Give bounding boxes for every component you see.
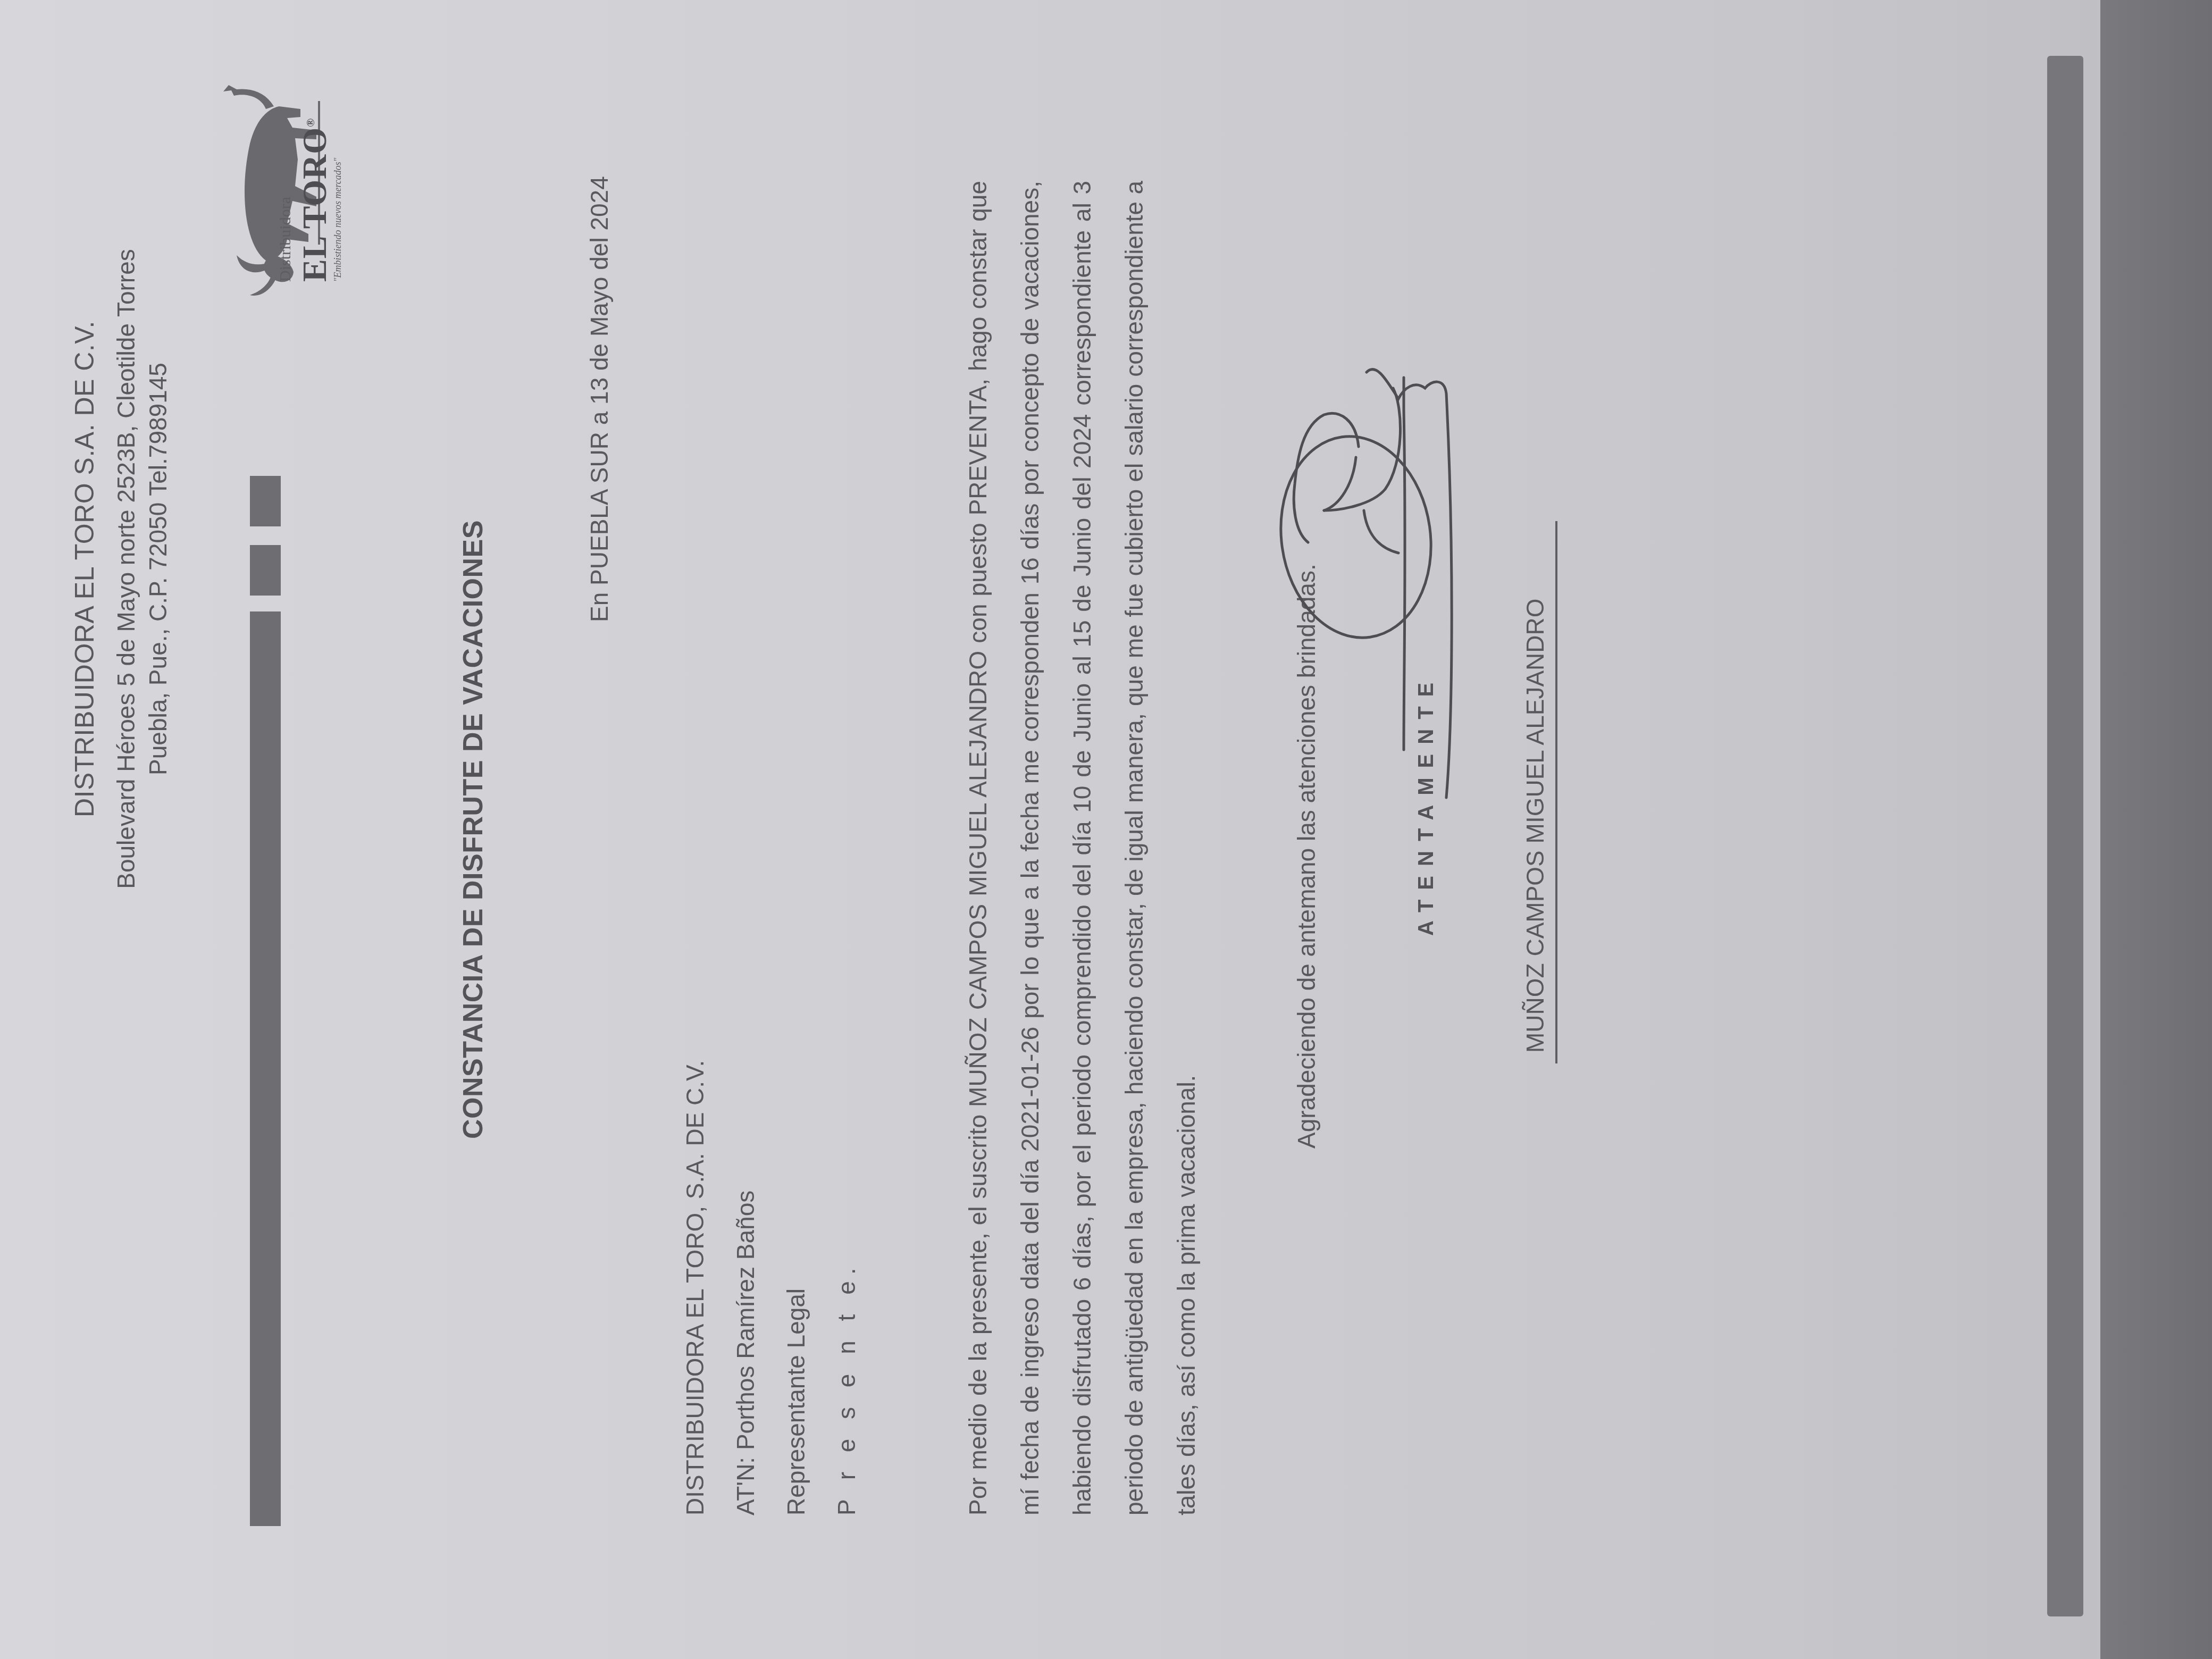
recipient-role: Representante Legal xyxy=(782,1288,810,1515)
signer-name: MUÑOZ CAMPOS MIGUEL ALEJANDRO xyxy=(1521,598,1549,1053)
recipient-company: DISTRIBUIDORA EL TORO, S.A. DE C.V. xyxy=(681,1060,709,1515)
decorative-bar xyxy=(250,611,281,1526)
signature-line xyxy=(1555,521,1557,1063)
letterhead-company: DISTRIBUIDORA EL TORO S.A. DE C.V. xyxy=(69,64,100,1074)
decorative-bar-short xyxy=(250,476,281,526)
letterhead-city-phone: Puebla, Pue., C.P. 72050 Tel.7989145 xyxy=(144,64,172,1074)
logo-slogan: "Embistiendo nuevos mercados" xyxy=(332,158,343,282)
logo-prefix: Distribuidora xyxy=(276,197,295,282)
closing-salutation: ATENTAMENTE xyxy=(1414,673,1438,936)
logo-brand-name: EL TORO® xyxy=(295,118,334,282)
recipient-present: P r e s e n t e. xyxy=(832,1261,861,1515)
recipient-attention: AT'N: Porthos Ramírez Baños xyxy=(731,1191,760,1515)
body-paragraph: Por medio de la presente, el suscrito MU… xyxy=(952,181,1212,1515)
place-date: En PUEBLA SUR a 13 de Mayo del 2024 xyxy=(585,176,614,622)
letterhead-address: Boulevard Héroes 5 de Mayo norte 2523B, … xyxy=(112,64,140,1074)
letter-page: DISTRIBUIDORA EL TORO S.A. DE C.V. Boule… xyxy=(0,0,2212,1659)
document-title: CONSTANCIA DE DISFRUTE DE VACACIONES xyxy=(457,0,489,1659)
decorative-bar-short xyxy=(250,545,281,596)
